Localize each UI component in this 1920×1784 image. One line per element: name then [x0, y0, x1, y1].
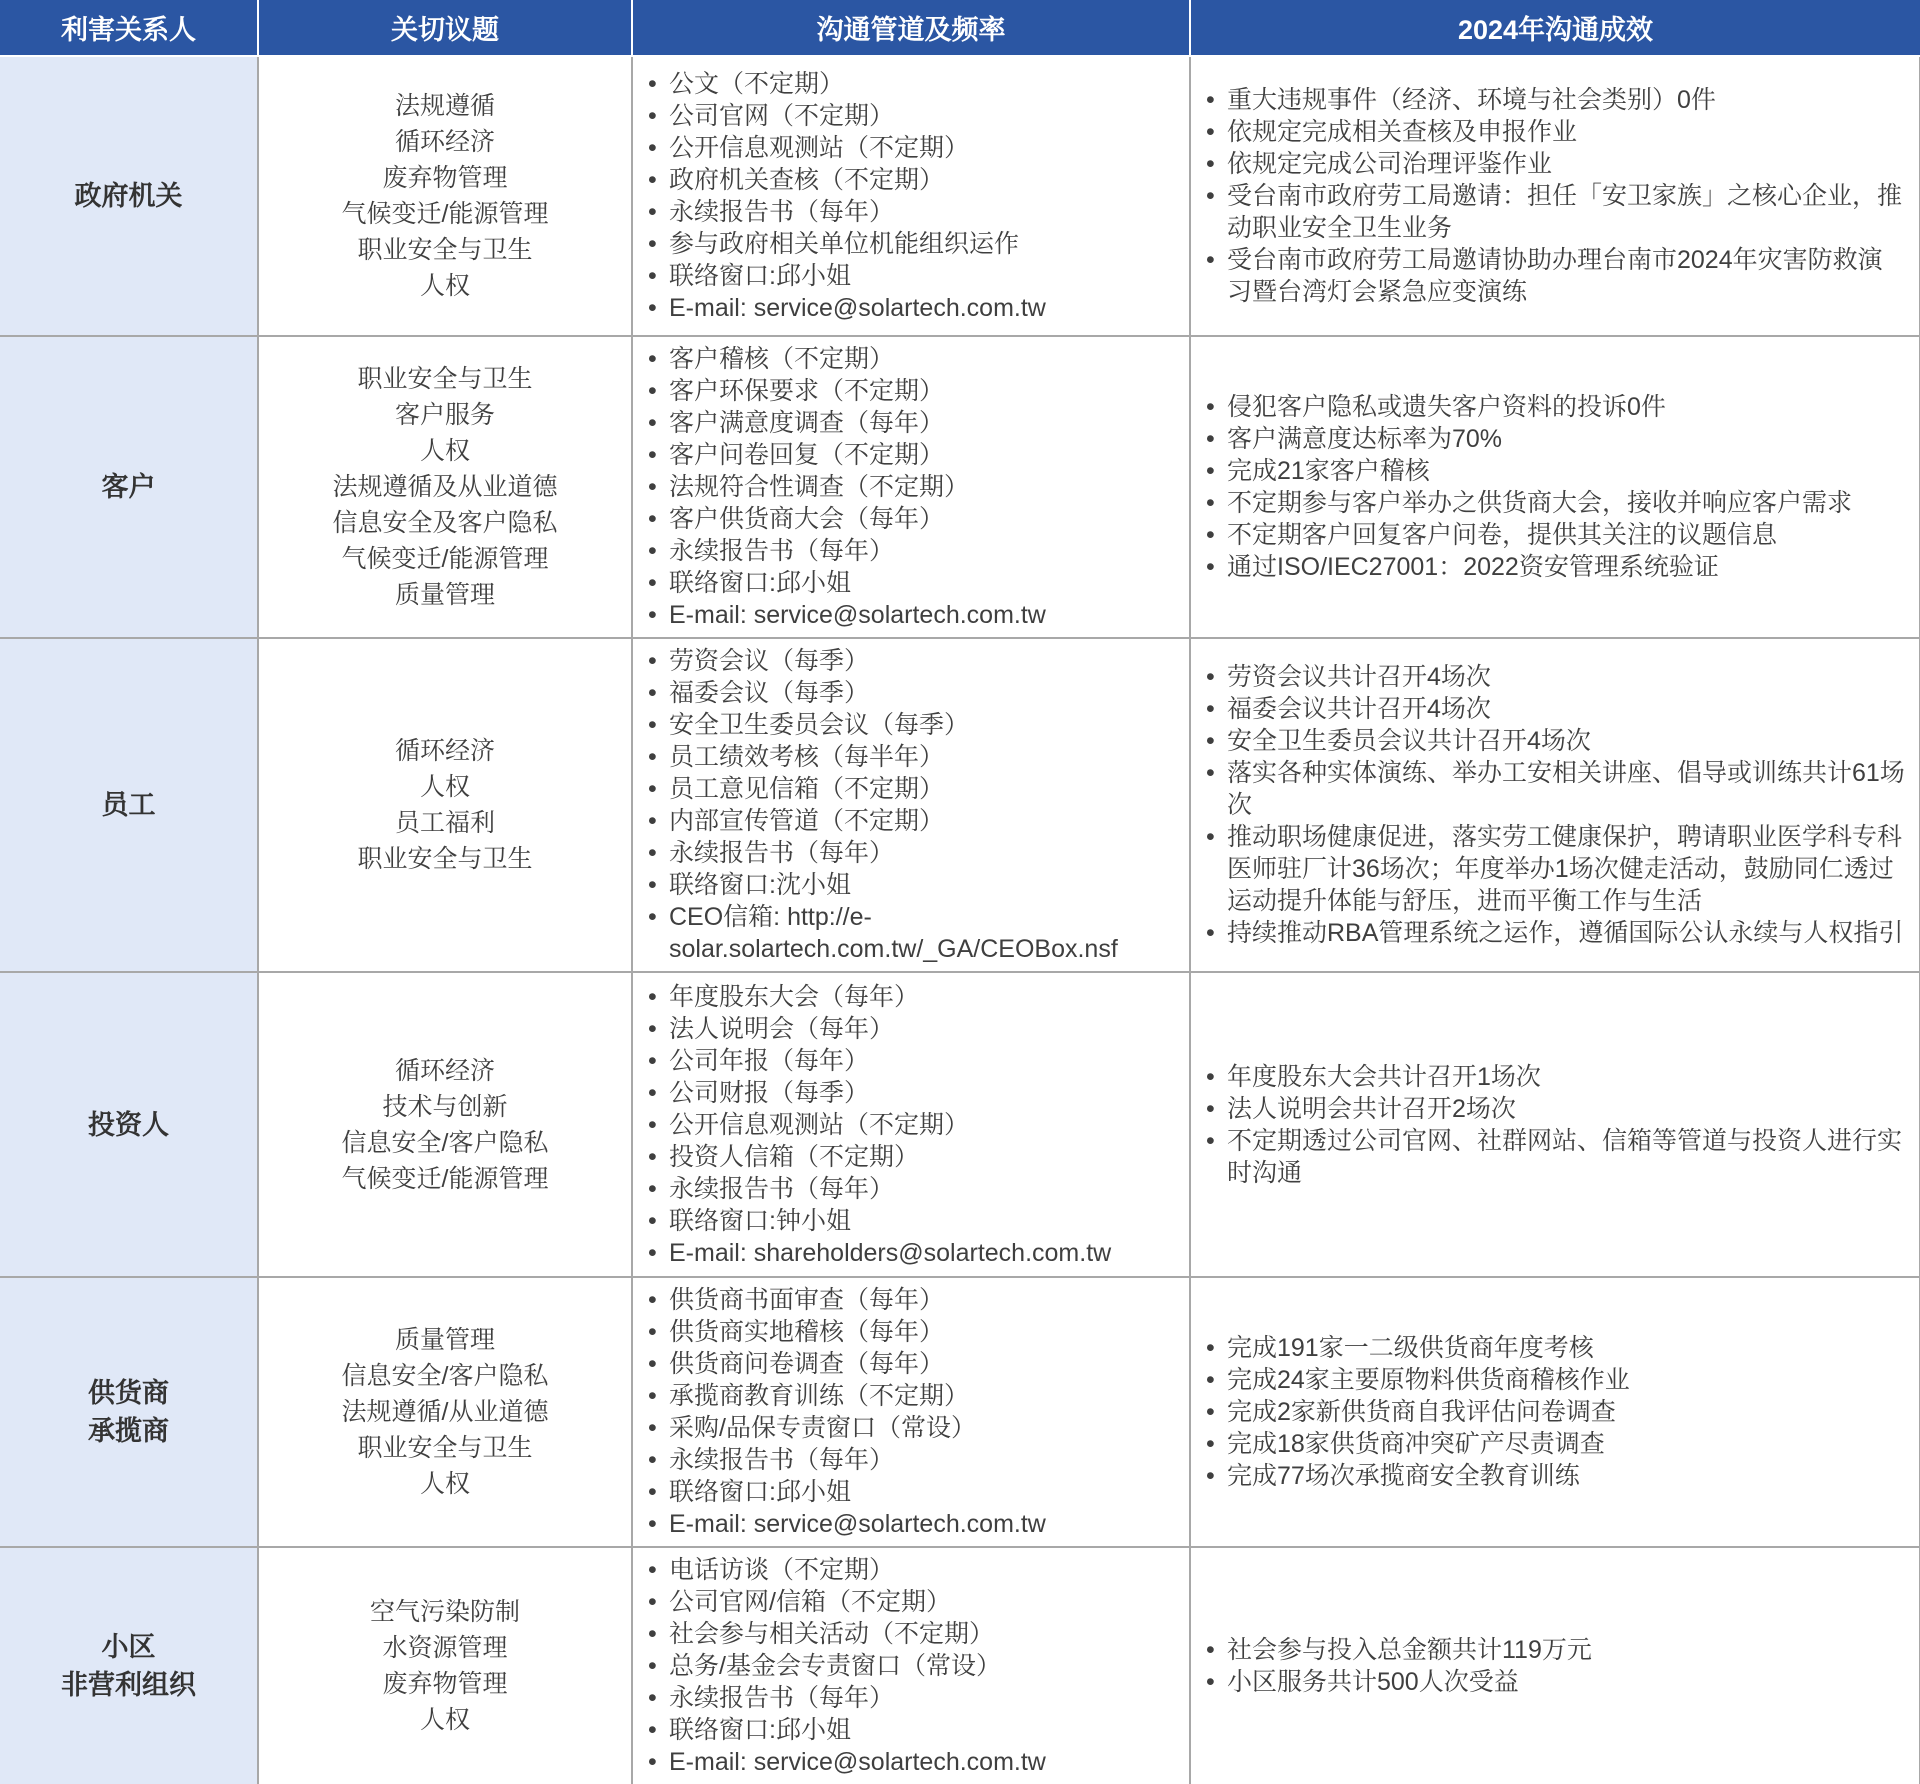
- list-item: 联络窗口:钟小姐: [645, 1205, 1177, 1237]
- list-item: 公文（不定期）: [645, 68, 1177, 100]
- list-item: E-mail: service@solartech.com.tw: [645, 1746, 1177, 1778]
- header-row: 利害关系人 关切议题 沟通管道及频率 2024年沟通成效: [0, 0, 1920, 56]
- list-item: 完成21家客户稽核: [1203, 455, 1907, 487]
- list-item: 员工意见信箱（不定期）: [645, 773, 1177, 805]
- list-item: 依规定完成公司治理评鉴作业: [1203, 148, 1907, 180]
- list-item: 不定期客户回复客户问卷，提供其关注的议题信息: [1203, 519, 1907, 551]
- list-item: E-mail: shareholders@solartech.com.tw: [645, 1237, 1177, 1269]
- channels-list: 公文（不定期）公司官网（不定期）公开信息观测站（不定期）政府机关查核（不定期）永…: [645, 68, 1177, 324]
- results-cell: 劳资会议共计召开4场次福委会议共计召开4场次安全卫生委员会议共计召开4场次落实各…: [1190, 638, 1920, 972]
- table-row-investors: 投资人 循环经济 技术与创新 信息安全/客户隐私 气候变迁/能源管理 年度股东大…: [0, 972, 1920, 1277]
- list-item: 客户问卷回复（不定期）: [645, 439, 1177, 471]
- list-item: 年度股东大会共计召开1场次: [1203, 1061, 1907, 1093]
- results-list: 社会参与投入总金额共计119万元小区服务共计500人次受益: [1203, 1634, 1907, 1698]
- column-header-topics: 关切议题: [258, 0, 632, 56]
- stakeholder-cell: 供货商 承揽商: [0, 1277, 258, 1547]
- list-item: 客户供货商大会（每年）: [645, 503, 1177, 535]
- list-item: 不定期透过公司官网、社群网站、信箱等管道与投资人进行实时沟通: [1203, 1125, 1907, 1189]
- stakeholder-cell: 客户: [0, 336, 258, 638]
- list-item: 供货商问卷调查（每年）: [645, 1348, 1177, 1380]
- topics-cell: 质量管理 信息安全/客户隐私 法规遵循/从业道德 职业安全与卫生 人权: [258, 1277, 632, 1547]
- list-item: 内部宣传管道（不定期）: [645, 805, 1177, 837]
- list-item: E-mail: service@solartech.com.tw: [645, 599, 1177, 631]
- list-item: 联络窗口:沈小姐: [645, 869, 1177, 901]
- list-item: 通过ISO/IEC27001：2022资安管理系统验证: [1203, 551, 1907, 583]
- list-item: 劳资会议（每季）: [645, 645, 1177, 677]
- channels-cell: 劳资会议（每季）福委会议（每季）安全卫生委员会议（每季）员工绩效考核（每半年）员…: [632, 638, 1190, 972]
- list-item: 侵犯客户隐私或遗失客户资料的投诉0件: [1203, 391, 1907, 423]
- topics-cell: 循环经济 技术与创新 信息安全/客户隐私 气候变迁/能源管理: [258, 972, 632, 1277]
- results-list: 年度股东大会共计召开1场次法人说明会共计召开2场次不定期透过公司官网、社群网站、…: [1203, 1061, 1907, 1189]
- results-list: 完成191家一二级供货商年度考核完成24家主要原物料供货商稽核作业完成2家新供货…: [1203, 1332, 1907, 1492]
- results-list: 重大违规事件（经济、环境与社会类别）0件依规定完成相关查核及申报作业依规定完成公…: [1203, 84, 1907, 308]
- list-item: 联络窗口:邱小姐: [645, 1714, 1177, 1746]
- page: 利害关系人 关切议题 沟通管道及频率 2024年沟通成效 政府机关 法规遵循 循…: [0, 0, 1920, 1784]
- list-item: 采购/品保专责窗口（常设）: [645, 1412, 1177, 1444]
- list-item: 供货商书面审查（每年）: [645, 1284, 1177, 1316]
- list-item: 法人说明会（每年）: [645, 1013, 1177, 1045]
- stakeholder-cell: 员工: [0, 638, 258, 972]
- table-row-government: 政府机关 法规遵循 循环经济 废弃物管理 气候变迁/能源管理 职业安全与卫生 人…: [0, 56, 1920, 336]
- list-item: 客户满意度调查（每年）: [645, 407, 1177, 439]
- list-item: 客户满意度达标率为70%: [1203, 423, 1907, 455]
- list-item: 完成77场次承揽商安全教育训练: [1203, 1460, 1907, 1492]
- stakeholder-communication-table: 利害关系人 关切议题 沟通管道及频率 2024年沟通成效 政府机关 法规遵循 循…: [0, 0, 1920, 1784]
- list-item: 公司财报（每季）: [645, 1077, 1177, 1109]
- list-item: E-mail: service@solartech.com.tw: [645, 1508, 1177, 1540]
- stakeholder-cell: 小区 非营利组织: [0, 1547, 258, 1784]
- topics-cell: 法规遵循 循环经济 废弃物管理 气候变迁/能源管理 职业安全与卫生 人权: [258, 56, 632, 336]
- list-item: 完成18家供货商冲突矿产尽责调查: [1203, 1428, 1907, 1460]
- table-row-suppliers-contractors: 供货商 承揽商 质量管理 信息安全/客户隐私 法规遵循/从业道德 职业安全与卫生…: [0, 1277, 1920, 1547]
- channels-cell: 供货商书面审查（每年）供货商实地稽核（每年）供货商问卷调查（每年）承揽商教育训练…: [632, 1277, 1190, 1547]
- list-item: 永续报告书（每年）: [645, 196, 1177, 228]
- list-item: 福委会议（每季）: [645, 677, 1177, 709]
- list-item: 永续报告书（每年）: [645, 1444, 1177, 1476]
- list-item: 永续报告书（每年）: [645, 1682, 1177, 1714]
- list-item: 联络窗口:邱小姐: [645, 260, 1177, 292]
- list-item: 公开信息观测站（不定期）: [645, 132, 1177, 164]
- list-item: 客户稽核（不定期）: [645, 343, 1177, 375]
- channels-cell: 电话访谈（不定期）公司官网/信箱（不定期）社会参与相关活动（不定期）总务/基金会…: [632, 1547, 1190, 1784]
- list-item: 完成24家主要原物料供货商稽核作业: [1203, 1364, 1907, 1396]
- results-cell: 重大违规事件（经济、环境与社会类别）0件依规定完成相关查核及申报作业依规定完成公…: [1190, 56, 1920, 336]
- results-cell: 完成191家一二级供货商年度考核完成24家主要原物料供货商稽核作业完成2家新供货…: [1190, 1277, 1920, 1547]
- channels-cell: 客户稽核（不定期）客户环保要求（不定期）客户满意度调查（每年）客户问卷回复（不定…: [632, 336, 1190, 638]
- list-item: 年度股东大会（每年）: [645, 981, 1177, 1013]
- list-item: 依规定完成相关查核及申报作业: [1203, 116, 1907, 148]
- topics-cell: 职业安全与卫生 客户服务 人权 法规遵循及从业道德 信息安全及客户隐私 气候变迁…: [258, 336, 632, 638]
- list-item: 福委会议共计召开4场次: [1203, 693, 1907, 725]
- list-item: 小区服务共计500人次受益: [1203, 1666, 1907, 1698]
- list-item: 法人说明会共计召开2场次: [1203, 1093, 1907, 1125]
- list-item: 安全卫生委员会议共计召开4场次: [1203, 725, 1907, 757]
- list-item: 落实各种实体演练、举办工安相关讲座、倡导或训练共计61场次: [1203, 757, 1907, 821]
- list-item: 法规符合性调查（不定期）: [645, 471, 1177, 503]
- stakeholder-cell: 政府机关: [0, 56, 258, 336]
- list-item: 永续报告书（每年）: [645, 535, 1177, 567]
- list-item: 不定期参与客户举办之供货商大会，接收并响应客户需求: [1203, 487, 1907, 519]
- list-item: 完成2家新供货商自我评估问卷调查: [1203, 1396, 1907, 1428]
- list-item: 客户环保要求（不定期）: [645, 375, 1177, 407]
- column-header-channels: 沟通管道及频率: [632, 0, 1190, 56]
- channels-list: 年度股东大会（每年）法人说明会（每年）公司年报（每年）公司财报（每季）公开信息观…: [645, 981, 1177, 1269]
- list-item: 公司官网/信箱（不定期）: [645, 1586, 1177, 1618]
- channels-cell: 公文（不定期）公司官网（不定期）公开信息观测站（不定期）政府机关查核（不定期）永…: [632, 56, 1190, 336]
- list-item: 推动职场健康促进，落实劳工健康保护，聘请职业医学科专科医师驻厂计36场次；年度举…: [1203, 821, 1907, 917]
- list-item: 社会参与投入总金额共计119万元: [1203, 1634, 1907, 1666]
- channels-cell: 年度股东大会（每年）法人说明会（每年）公司年报（每年）公司财报（每季）公开信息观…: [632, 972, 1190, 1277]
- channels-list: 供货商书面审查（每年）供货商实地稽核（每年）供货商问卷调查（每年）承揽商教育训练…: [645, 1284, 1177, 1540]
- list-item: 重大违规事件（经济、环境与社会类别）0件: [1203, 84, 1907, 116]
- list-item: 投资人信箱（不定期）: [645, 1141, 1177, 1173]
- list-item: 永续报告书（每年）: [645, 837, 1177, 869]
- table-row-employees: 员工 循环经济 人权 员工福利 职业安全与卫生 劳资会议（每季）福委会议（每季）…: [0, 638, 1920, 972]
- list-item: 供货商实地稽核（每年）: [645, 1316, 1177, 1348]
- results-list: 劳资会议共计召开4场次福委会议共计召开4场次安全卫生委员会议共计召开4场次落实各…: [1203, 661, 1907, 949]
- list-item: 参与政府相关单位机能组织运作: [645, 228, 1177, 260]
- list-item: 联络窗口:邱小姐: [645, 567, 1177, 599]
- list-item: 安全卫生委员会议（每季）: [645, 709, 1177, 741]
- list-item: 完成191家一二级供货商年度考核: [1203, 1332, 1907, 1364]
- list-item: 员工绩效考核（每半年）: [645, 741, 1177, 773]
- channels-list: 劳资会议（每季）福委会议（每季）安全卫生委员会议（每季）员工绩效考核（每半年）员…: [645, 645, 1177, 965]
- topics-cell: 循环经济 人权 员工福利 职业安全与卫生: [258, 638, 632, 972]
- table-row-community-nonprofit: 小区 非营利组织 空气污染防制 水资源管理 废弃物管理 人权 电话访谈（不定期）…: [0, 1547, 1920, 1784]
- channels-list: 客户稽核（不定期）客户环保要求（不定期）客户满意度调查（每年）客户问卷回复（不定…: [645, 343, 1177, 631]
- list-item: 联络窗口:邱小姐: [645, 1476, 1177, 1508]
- channels-list: 电话访谈（不定期）公司官网/信箱（不定期）社会参与相关活动（不定期）总务/基金会…: [645, 1554, 1177, 1778]
- results-cell: 侵犯客户隐私或遗失客户资料的投诉0件客户满意度达标率为70%完成21家客户稽核不…: [1190, 336, 1920, 638]
- table-row-customers: 客户 职业安全与卫生 客户服务 人权 法规遵循及从业道德 信息安全及客户隐私 气…: [0, 336, 1920, 638]
- results-cell: 年度股东大会共计召开1场次法人说明会共计召开2场次不定期透过公司官网、社群网站、…: [1190, 972, 1920, 1277]
- list-item: 受台南市政府劳工局邀请：担任「安卫家族」之核心企业，推动职业安全卫生业务: [1203, 180, 1907, 244]
- column-header-stakeholder: 利害关系人: [0, 0, 258, 56]
- list-item: 承揽商教育训练（不定期）: [645, 1380, 1177, 1412]
- list-item: 公开信息观测站（不定期）: [645, 1109, 1177, 1141]
- list-item: 政府机关查核（不定期）: [645, 164, 1177, 196]
- list-item: 持续推动RBA管理系统之运作，遵循国际公认永续与人权指引: [1203, 917, 1907, 949]
- results-cell: 社会参与投入总金额共计119万元小区服务共计500人次受益: [1190, 1547, 1920, 1784]
- results-list: 侵犯客户隐私或遗失客户资料的投诉0件客户满意度达标率为70%完成21家客户稽核不…: [1203, 391, 1907, 583]
- list-item: 公司年报（每年）: [645, 1045, 1177, 1077]
- list-item: 劳资会议共计召开4场次: [1203, 661, 1907, 693]
- list-item: 社会参与相关活动（不定期）: [645, 1618, 1177, 1650]
- list-item: 总务/基金会专责窗口（常设）: [645, 1650, 1177, 1682]
- column-header-results: 2024年沟通成效: [1190, 0, 1920, 56]
- list-item: 公司官网（不定期）: [645, 100, 1177, 132]
- topics-cell: 空气污染防制 水资源管理 废弃物管理 人权: [258, 1547, 632, 1784]
- list-item: E-mail: service@solartech.com.tw: [645, 292, 1177, 324]
- list-item: 受台南市政府劳工局邀请协助办理台南市2024年灾害防救演习暨台湾灯会紧急应变演练: [1203, 244, 1907, 308]
- stakeholder-cell: 投资人: [0, 972, 258, 1277]
- list-item: 电话访谈（不定期）: [645, 1554, 1177, 1586]
- list-item: 永续报告书（每年）: [645, 1173, 1177, 1205]
- list-item: CEO信箱: http://e-solar.solartech.com.tw/_…: [645, 901, 1177, 965]
